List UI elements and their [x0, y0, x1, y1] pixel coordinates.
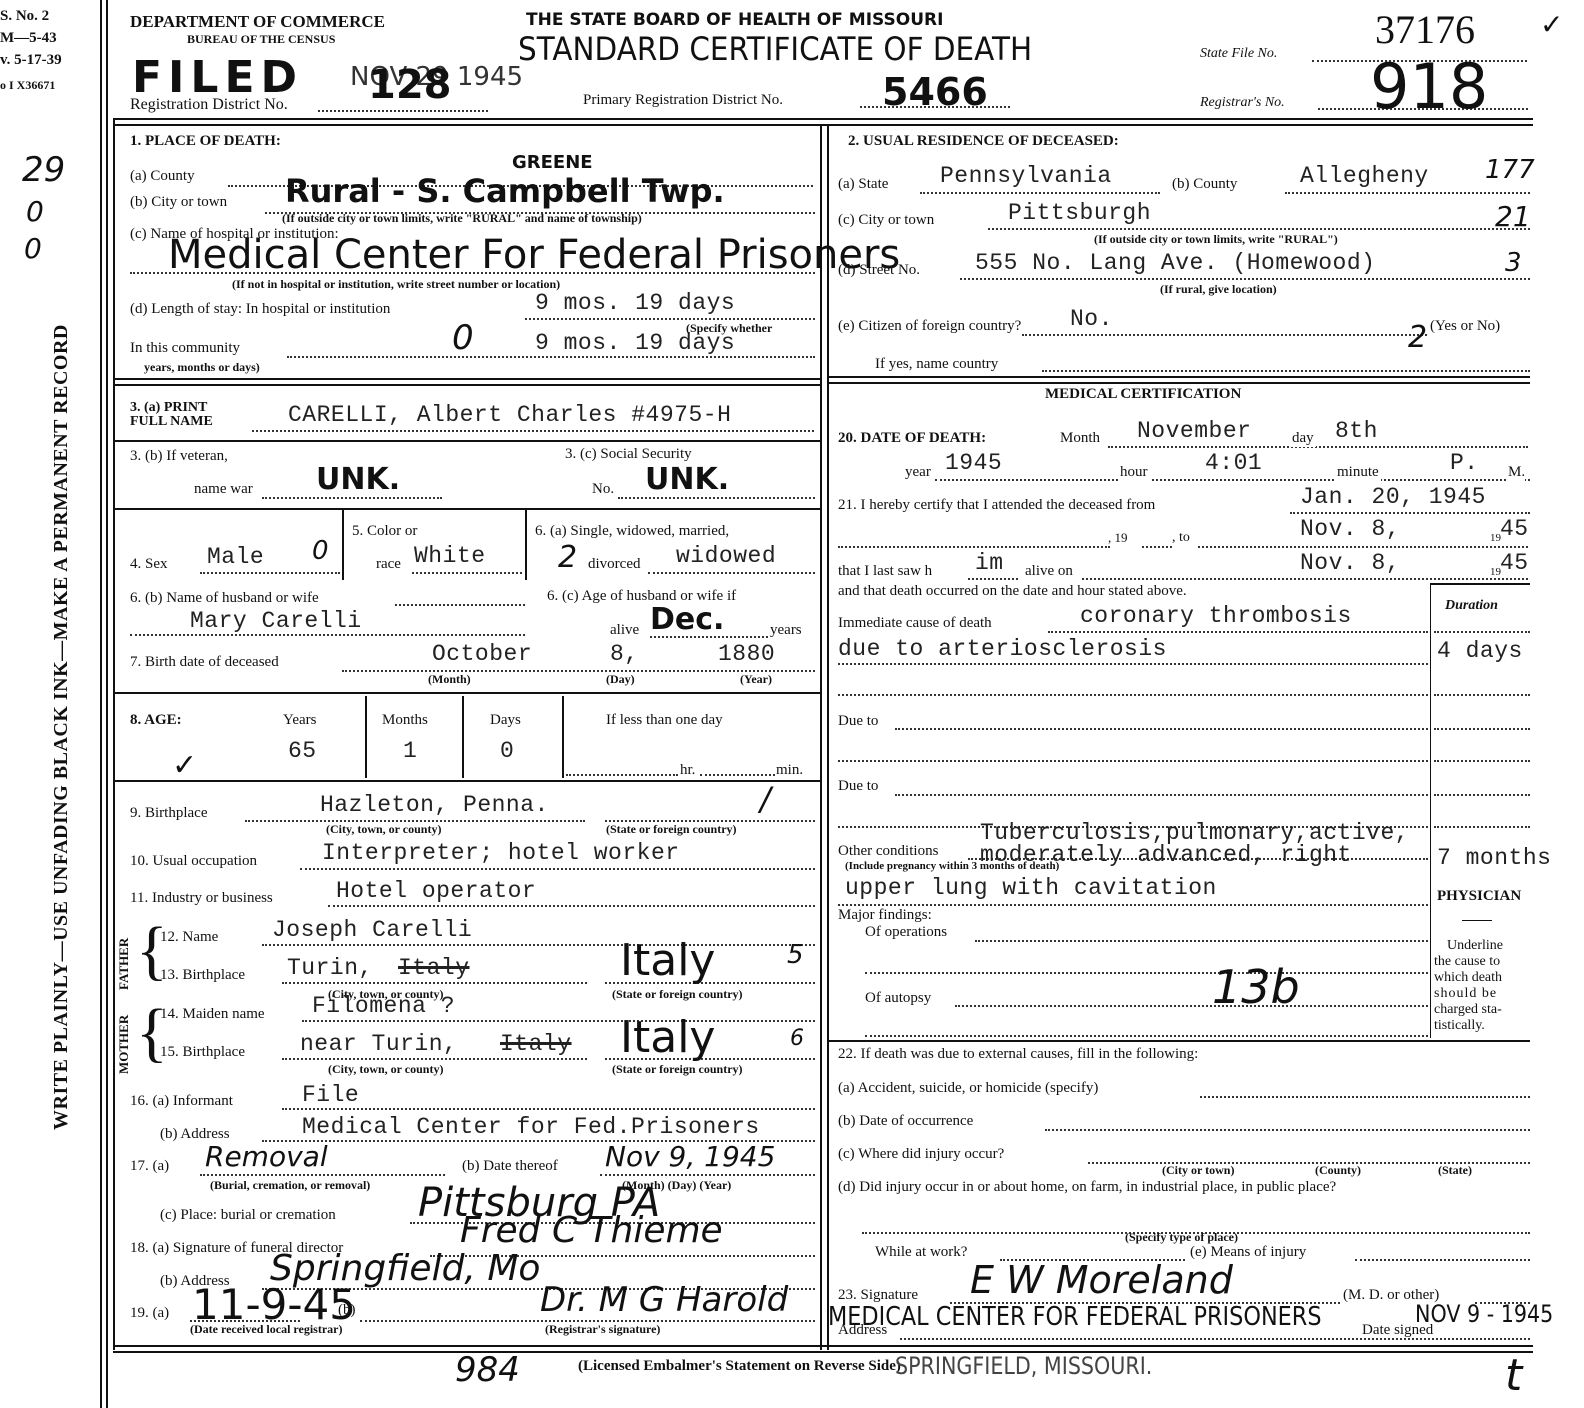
mother-birth-country[interactable]: Italy — [620, 1012, 715, 1063]
attended-to-year[interactable]: 45 — [1500, 516, 1529, 542]
race-value[interactable]: White — [414, 543, 486, 569]
birth-month[interactable]: October — [432, 641, 532, 667]
cause-code-mark: 13b — [1212, 960, 1300, 1014]
board-title: THE STATE BOARD OF HEALTH OF MISSOURI — [526, 10, 943, 30]
underline-note-4: should be — [1434, 986, 1497, 1002]
sex-value[interactable]: Male — [207, 544, 264, 570]
mother-birth-struck: Italy — [500, 1031, 572, 1057]
residence-heading: 2. USUAL RESIDENCE OF DECEASED: — [848, 133, 1119, 150]
disposal-date-label: (b) Date thereof — [462, 1158, 558, 1175]
corner-mark: t — [1505, 1350, 1522, 1401]
dod-day-value[interactable]: 8th — [1335, 418, 1378, 444]
address-stamp[interactable]: MEDICAL CENTER FOR FEDERAL PRISONERS — [828, 1302, 1322, 1332]
attended-to[interactable]: Nov. 8, — [1300, 516, 1400, 542]
years-label: years — [770, 622, 802, 639]
age-check: ✓ — [172, 748, 197, 783]
county-value[interactable]: GREENE — [512, 152, 593, 173]
operations-label: Of operations — [865, 924, 947, 941]
state-file-value[interactable]: 37176 — [1375, 6, 1475, 53]
full-name-value[interactable]: CARELLI, Albert Charles #4975-H — [288, 402, 731, 428]
hospital-value[interactable]: Medical Center For Federal Prisoners — [168, 232, 900, 278]
res-state-label: (a) State — [838, 176, 888, 193]
city-label: (b) City or town — [130, 194, 227, 211]
marital-label: 6. (a) Single, widowed, married, — [535, 523, 729, 540]
registrar-sig-value[interactable]: Dr. M G Harold — [540, 1280, 788, 1320]
external-c-caption-county: (County) — [1315, 1163, 1361, 1178]
mother-name-value[interactable]: Filomena ? — [312, 993, 455, 1019]
citizen-label: (e) Citizen of foreign country? — [838, 318, 1021, 335]
medical-heading: MEDICAL CERTIFICATION — [1045, 386, 1241, 403]
city-note: (If outside city or town limits, write "… — [282, 211, 642, 226]
birthplace-city-caption: (City, town, or county) — [326, 822, 441, 837]
mother-birth-city[interactable]: near Turin, — [300, 1031, 457, 1057]
alive-value[interactable]: Dec. — [650, 602, 724, 637]
underline-note-6: tistically. — [1434, 1018, 1485, 1034]
age-days-label: Days — [490, 712, 521, 729]
birthplace-state-caption: (State or foreign country) — [606, 822, 737, 837]
city-value[interactable]: Rural - S. Campbell Twp. — [285, 172, 725, 210]
year-caption: (Year) — [740, 672, 772, 687]
spouse-label: 6. (b) Name of husband or wife — [130, 590, 319, 607]
res-county-label: (b) County — [1172, 176, 1237, 193]
month-caption: (Month) — [428, 672, 471, 687]
age-days-value[interactable]: 0 — [500, 738, 514, 764]
due-to-label-1: Due to — [838, 713, 878, 730]
certificate-title: STANDARD CERTIFICATE OF DEATH — [518, 30, 1032, 68]
dod-ampm-value[interactable]: P. — [1450, 450, 1479, 476]
birthplace-label: 9. Birthplace — [130, 805, 207, 822]
dod-year-value[interactable]: 1945 — [945, 450, 1002, 476]
spouse-value[interactable]: Mary Carelli — [190, 608, 362, 634]
stated-label: and that death occurred on the date and … — [838, 583, 1187, 600]
color-label: 5. Color or — [352, 523, 417, 540]
res-state-value[interactable]: Pennsylvania — [940, 163, 1112, 189]
stay-value[interactable]: 9 mos. 19 days — [535, 290, 735, 316]
to-label: , to — [1172, 530, 1190, 546]
underline-note-3: which death — [1434, 970, 1502, 986]
disposal-date-value[interactable]: Nov 9, 1945 — [605, 1140, 775, 1173]
min-label: min. — [776, 762, 803, 779]
specify-note-2: years, months or days) — [144, 360, 260, 375]
citizen-mark: 2 — [1408, 320, 1427, 355]
work-label: While at work? — [875, 1244, 967, 1261]
father-state-caption: (State or foreign country) — [612, 987, 743, 1002]
other-label: Other conditions — [838, 843, 938, 860]
divorced-label: divorced — [588, 556, 640, 573]
immediate-value[interactable]: coronary thrombosis — [1080, 603, 1352, 629]
ink-instruction: WRITE PLAINLY—USE UNFADING BLACK INK—MAK… — [50, 324, 73, 1130]
citizen-value[interactable]: No. — [1070, 306, 1113, 332]
registrar-label: Registrar's No. — [1200, 95, 1285, 111]
birth-day[interactable]: 8, — [610, 641, 639, 667]
sex-mark: 0 — [312, 536, 329, 566]
underline-note-2: the cause to — [1434, 954, 1500, 970]
dod-m-label: M. — [1508, 464, 1525, 481]
disposal-caption: (Burial, cremation, or removal) — [210, 1178, 370, 1193]
physician-label: PHYSICIAN — [1437, 888, 1521, 905]
form-code-1: S. No. 2 — [0, 8, 49, 25]
dod-hour-value[interactable]: 4:01 — [1205, 450, 1262, 476]
father-birth-country[interactable]: Italy — [620, 935, 715, 986]
community-label: In this community — [130, 340, 240, 357]
dept-title: DEPARTMENT OF COMMERCE — [130, 12, 385, 32]
res-street-note: (If rural, give location) — [1160, 282, 1277, 297]
disposal-label: 17. (a) — [130, 1158, 169, 1175]
res-county-mark: 177 — [1485, 155, 1535, 185]
form-code-2: M—5-43 — [0, 30, 57, 47]
immediate-line-2[interactable]: due to arteriosclerosis — [838, 636, 1167, 662]
dod-minute-label: minute — [1335, 464, 1381, 481]
director-value[interactable]: Fred C Thieme — [460, 1210, 723, 1251]
mother-state-caption: (State or foreign country) — [612, 1062, 743, 1077]
attended-from[interactable]: Jan. 20, 1945 — [1300, 484, 1486, 510]
mother-birth-mark: 6 — [790, 1026, 804, 1051]
age-years-value[interactable]: 65 — [288, 738, 317, 764]
age-label: 8. AGE: — [130, 712, 182, 729]
occupation-label: 10. Usual occupation — [130, 853, 257, 870]
birth-label: 7. Birth date of deceased — [130, 654, 279, 671]
bureau-title: BUREAU OF THE CENSUS — [187, 32, 335, 47]
war-value[interactable]: UNK. — [316, 462, 400, 497]
father-birth-mark: 5 — [787, 940, 804, 970]
res-city-label: (c) City or town — [838, 212, 934, 229]
immediate-label: Immediate cause of death — [838, 615, 992, 632]
lastsaw-pronoun[interactable]: im — [975, 550, 1004, 576]
primary-district-label: Primary Registration District No. — [583, 92, 783, 109]
major-findings-label: Major findings: — [838, 907, 932, 924]
autopsy-label: Of autopsy — [865, 990, 931, 1007]
lastsaw-label: that I last saw h — [838, 563, 932, 580]
external-c-label: (c) Where did injury occur? — [838, 1146, 1004, 1163]
industry-value[interactable]: Hotel operator — [336, 878, 536, 904]
mother-side-label: MOTHER — [116, 1015, 132, 1074]
place-heading: 1. PLACE OF DEATH: — [130, 133, 281, 150]
registrar-sig-caption: (Registrar's signature) — [545, 1322, 660, 1337]
birth-year[interactable]: 1880 — [718, 641, 775, 667]
margin-handwritten-3: 0 — [24, 232, 42, 265]
form-code-4: o I X36671 — [0, 78, 55, 93]
day-caption: (Day) — [606, 672, 635, 687]
dod-label: 20. DATE OF DEATH: — [838, 430, 986, 447]
father-name-value[interactable]: Joseph Carelli — [272, 917, 472, 943]
sex-label: 4. Sex — [130, 556, 168, 573]
dod-year-label: year — [905, 464, 931, 481]
marital-value[interactable]: widowed — [676, 543, 776, 569]
registrar-row-label: 19. (a) — [130, 1305, 169, 1322]
ssn-label: 3. (c) Social Security — [565, 446, 692, 463]
lastsaw-year[interactable]: 45 — [1500, 550, 1529, 576]
registration-district-label: Registration District No. — [130, 96, 288, 114]
age-months-label: Months — [382, 712, 428, 729]
springfield-stamp: SPRINGFIELD, MISSOURI. — [895, 1352, 1152, 1380]
name-label-b: FULL NAME — [130, 414, 213, 430]
external-d-label: (d) Did injury occur in or about home, o… — [838, 1179, 1336, 1196]
immediate-duration[interactable]: 4 days — [1437, 638, 1523, 664]
primary-district-value[interactable]: 5466 — [882, 70, 988, 114]
place-caption: (Specify type of place) — [1125, 1230, 1238, 1245]
underline-note-1: Underline — [1447, 938, 1503, 954]
marital-mark: 2 — [558, 540, 577, 575]
informant-label: 16. (a) Informant — [130, 1093, 233, 1110]
mother-birth-label: 15. Birthplace — [160, 1044, 245, 1061]
margin-handwritten-2: 0 — [26, 195, 44, 228]
father-birth-struck: Italy — [398, 955, 470, 981]
external-heading: 22. If death was due to external causes,… — [838, 1046, 1198, 1063]
external-b-label: (b) Date of occurrence — [838, 1113, 973, 1130]
dod-day-label: day — [1290, 430, 1316, 447]
war-label: name war — [194, 481, 253, 498]
dod-month-value[interactable]: November — [1137, 418, 1251, 444]
industry-label: 11. Industry or business — [130, 890, 273, 907]
race-label: race — [376, 556, 401, 573]
registration-district-value[interactable]: 128 — [368, 62, 452, 108]
dod-month-label: Month — [1060, 430, 1100, 447]
other-duration[interactable]: 7 months — [1437, 845, 1551, 871]
disposal-value[interactable]: Removal — [205, 1140, 328, 1173]
alive-on-label: alive on — [1025, 563, 1073, 580]
stay-label: (d) Length of stay: In hospital or insti… — [130, 301, 390, 318]
embalmer-number[interactable]: 984 — [455, 1350, 520, 1390]
registrar-sig-label: (b) — [338, 1302, 356, 1319]
other-line-3[interactable]: upper lung with cavitation — [845, 875, 1217, 901]
other-note: (Include pregnancy within 3 months of de… — [845, 860, 1059, 872]
res-city-note: (If outside city or town limits, write "… — [1094, 232, 1338, 247]
country-label: If yes, name country — [875, 356, 998, 373]
res-street-label: (d) Street No. — [838, 262, 920, 279]
form-code-3: v. 5-17-39 — [0, 52, 62, 69]
due-to-label-2: Due to — [838, 778, 878, 795]
occupation-value[interactable]: Interpreter; hotel worker — [322, 840, 680, 866]
duration-label: Duration — [1445, 598, 1498, 614]
nineteen-label: , 19 — [1108, 530, 1128, 546]
mother-city-caption: (City, town, or county) — [328, 1062, 443, 1077]
underline-note-5: charged sta- — [1434, 1002, 1502, 1018]
county-label: (a) County — [130, 168, 195, 185]
less-than-day-label: If less than one day — [606, 712, 723, 729]
birthplace-mark: / — [760, 780, 771, 818]
father-birth-city[interactable]: Turin, — [287, 955, 373, 981]
dod-hour-label: hour — [1118, 464, 1150, 481]
birthplace-value[interactable]: Hazleton, Penna. — [320, 792, 549, 818]
specify-note: (Specify whether — [686, 321, 772, 336]
res-city-value[interactable]: Pittsburgh — [1008, 200, 1151, 226]
res-city-mark: 21 — [1495, 200, 1531, 233]
ssn-value[interactable]: UNK. — [645, 462, 729, 497]
age-months-value[interactable]: 1 — [403, 738, 417, 764]
father-side-label: FATHER — [116, 938, 132, 990]
res-street-value[interactable]: 555 No. Lang Ave. (Homewood) — [975, 250, 1375, 276]
external-a-label: (a) Accident, suicide, or homicide (spec… — [838, 1080, 1098, 1097]
attended-label: 21. I hereby certify that I attended the… — [838, 497, 1155, 514]
informant-address-value[interactable]: Medical Center for Fed.Prisoners — [302, 1114, 760, 1140]
burial-place-label: (c) Place: burial or cremation — [160, 1207, 336, 1224]
state-file-label: State File No. — [1200, 46, 1277, 62]
registrar-date-caption: (Date received local registrar) — [190, 1322, 342, 1337]
embalmer-statement: (Licensed Embalmer's Statement on Revers… — [578, 1358, 901, 1375]
hospital-note: (If not in hospital or institution, writ… — [232, 277, 560, 292]
alive-label: alive — [610, 622, 639, 639]
ssn-no-label: No. — [592, 481, 614, 498]
informant-value[interactable]: File — [302, 1082, 359, 1108]
external-c-caption-city: (City or town) — [1162, 1163, 1234, 1178]
res-street-mark: 3 — [1505, 248, 1522, 278]
veteran-label: 3. (b) If veteran, — [130, 448, 228, 465]
mother-name-label: 14. Maiden name — [160, 1006, 265, 1023]
citizen-suffix: (Yes or No) — [1430, 318, 1500, 335]
state-file-check: ✓ — [1540, 8, 1563, 41]
father-birth-label: 13. Birthplace — [160, 967, 245, 984]
father-name-label: 12. Name — [160, 929, 218, 946]
age-years-label: Years — [283, 712, 316, 729]
registrar-value[interactable]: 918 — [1370, 50, 1488, 123]
signature-value[interactable]: E W Moreland — [970, 1258, 1233, 1302]
margin-handwritten-1: 29 — [22, 150, 65, 190]
res-county-value[interactable]: Allegheny — [1300, 163, 1429, 189]
date-signed-value[interactable]: NOV 9 - 1945 — [1415, 1300, 1553, 1328]
lastsaw-date[interactable]: Nov. 8, — [1300, 550, 1400, 576]
external-c-caption-state: (State) — [1438, 1163, 1472, 1178]
community-mark: 0 — [452, 318, 474, 358]
hr-label: hr. — [680, 762, 695, 779]
